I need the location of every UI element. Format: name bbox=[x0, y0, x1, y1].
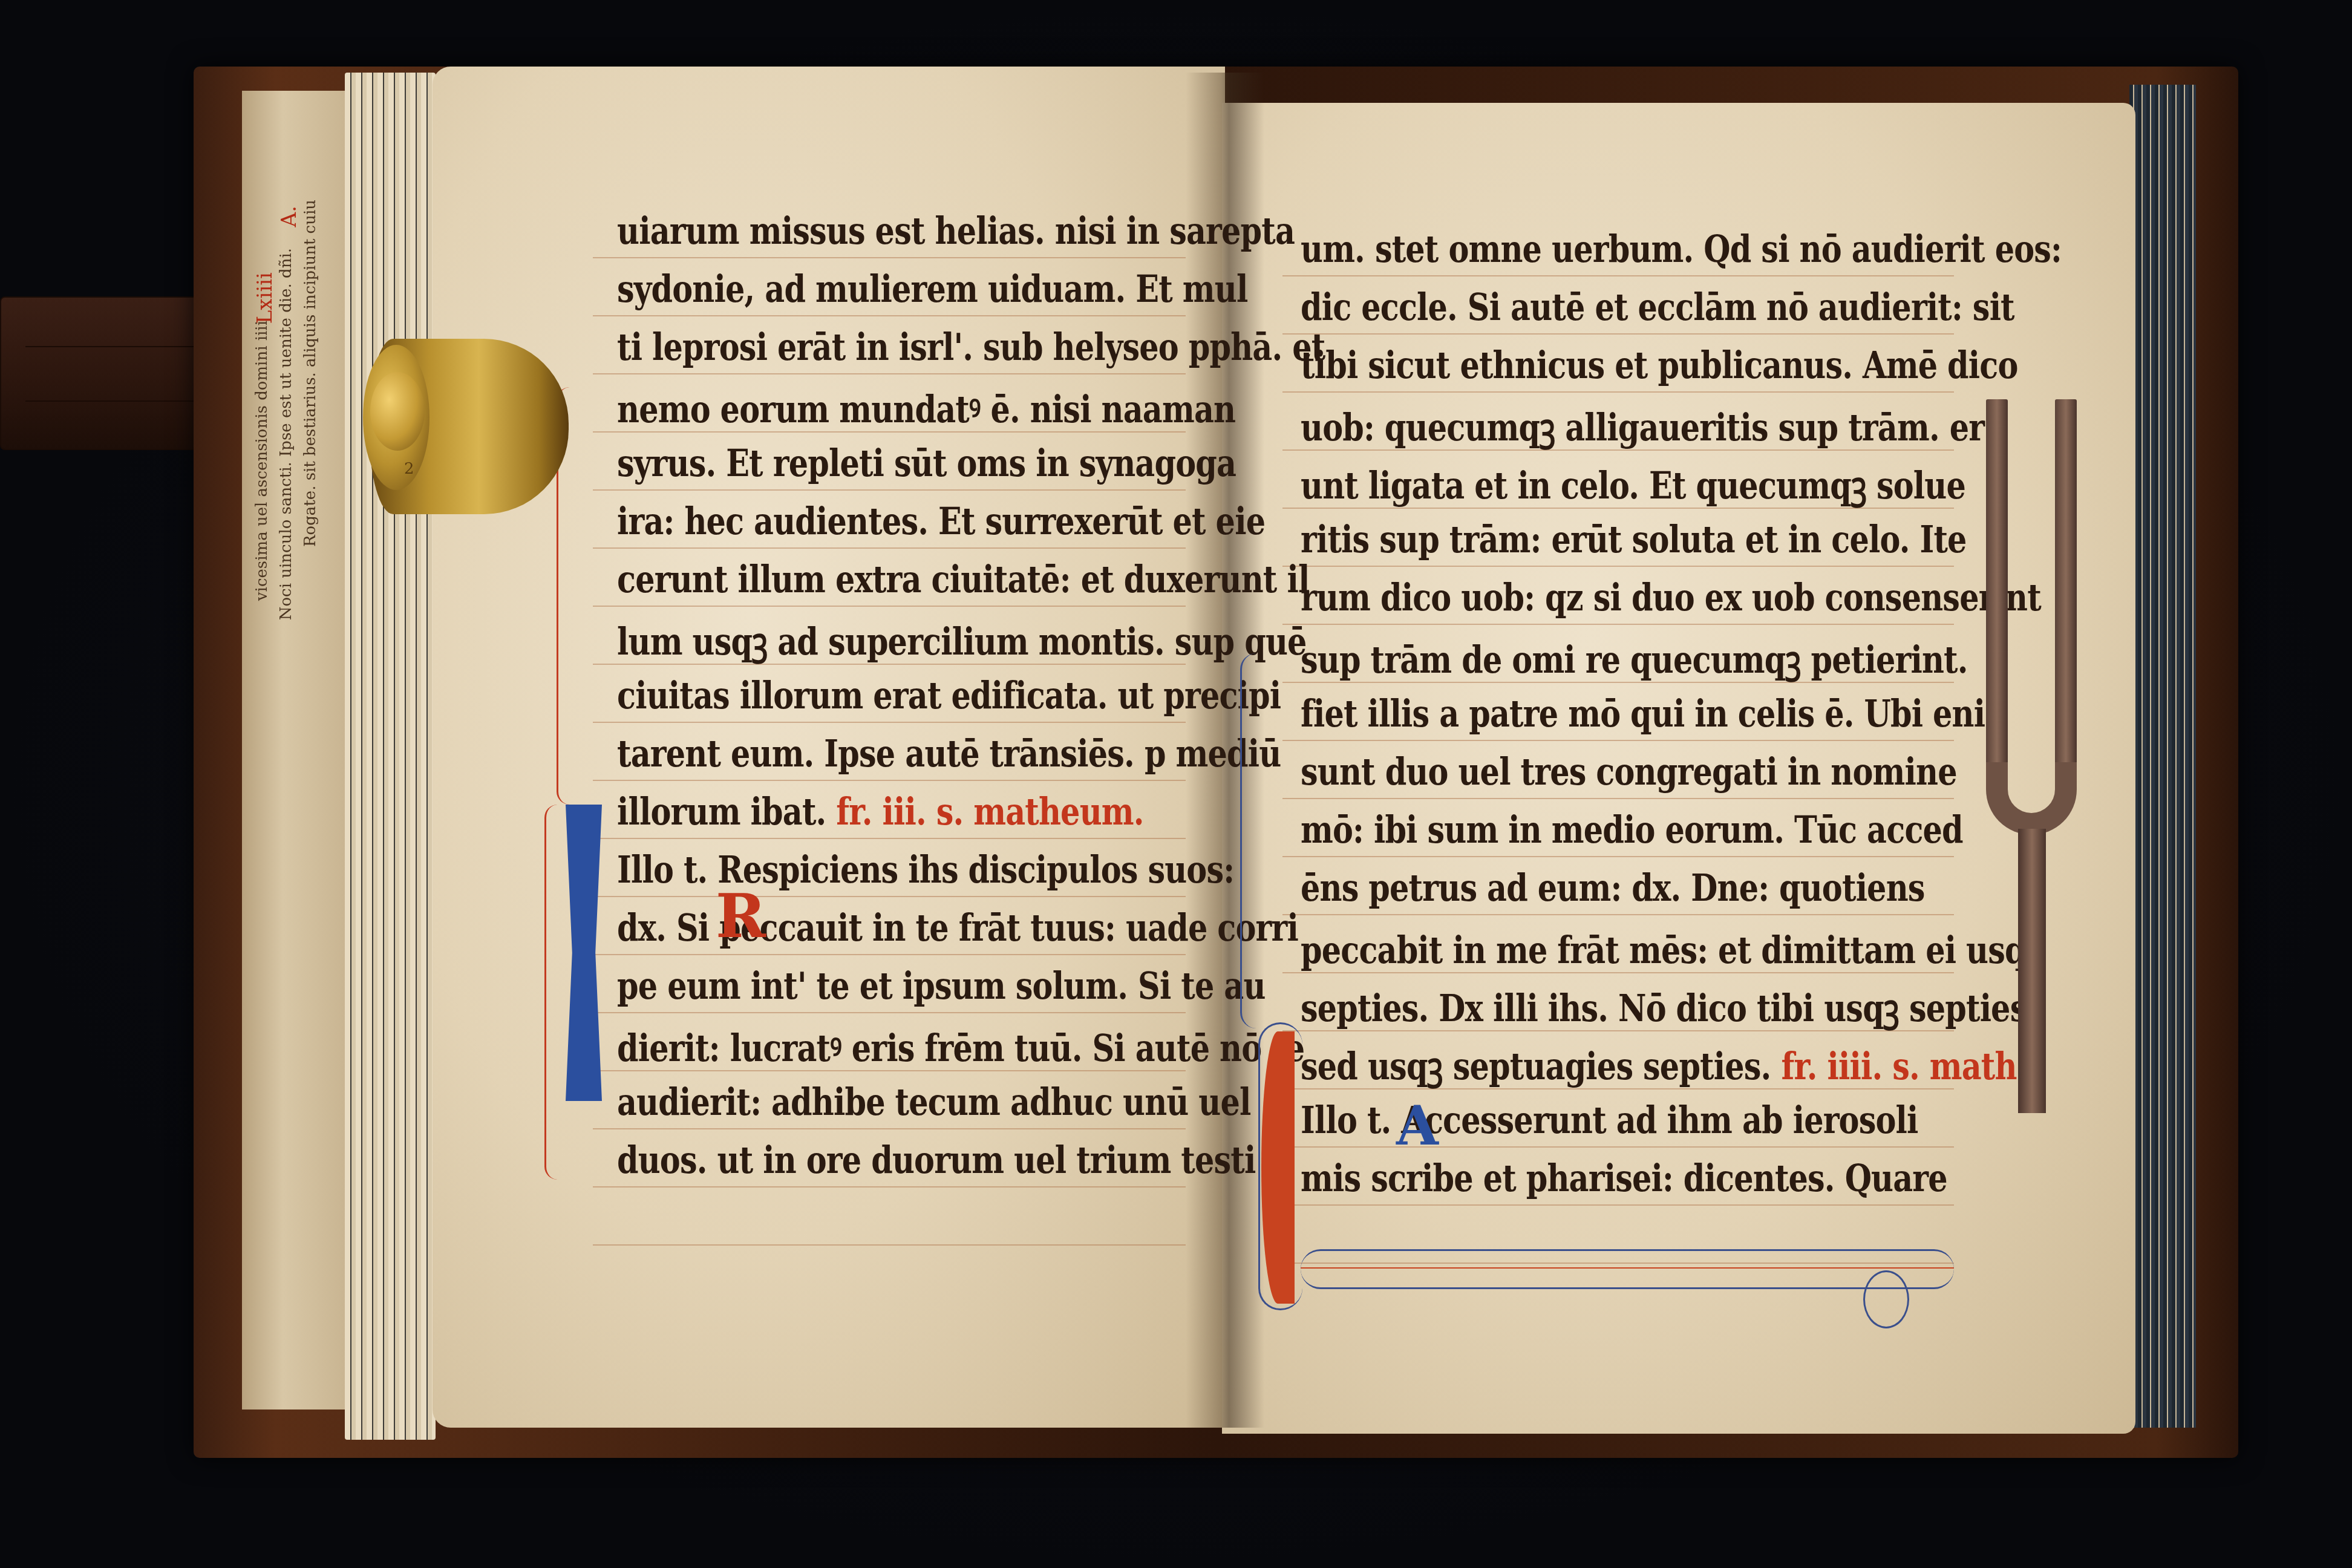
ruling-line bbox=[593, 1244, 1186, 1246]
text-line: Illo t. Accesserunt ad ihm ab ierosoli bbox=[1301, 1098, 1918, 1142]
text-line: septies. Dx illi ihs. Nō dico tibi usqꝫ … bbox=[1301, 982, 2037, 1033]
text-line: cerunt illum extra ciuitatē: et duxerunt… bbox=[617, 557, 1309, 601]
ruling-line bbox=[1282, 1204, 1954, 1206]
text-line: duos. ut in ore duorum uel trium testi bbox=[617, 1138, 1255, 1182]
text-line: syrus. Et repleti sūt oms in synagoga bbox=[617, 441, 1236, 485]
ruling-line bbox=[593, 315, 1186, 316]
ruling-line bbox=[593, 896, 1186, 897]
text-line: illorum ibat. fr. iii. s. matheum. bbox=[617, 789, 1144, 834]
brass-weight-knob bbox=[370, 372, 425, 451]
ruling-line bbox=[1282, 391, 1954, 393]
ruling-line bbox=[593, 373, 1186, 374]
ruling-line bbox=[1282, 856, 1954, 857]
ruling-line bbox=[593, 489, 1186, 491]
blue-bottom-flourish bbox=[1301, 1249, 1954, 1289]
ruling-line bbox=[593, 547, 1186, 549]
text-line: audierit: adhibe tecum adhuc unū uel bbox=[617, 1080, 1251, 1124]
blue-initial-A: A bbox=[1396, 1094, 1439, 1158]
ruling-line bbox=[593, 780, 1186, 781]
leather-clasp-strap bbox=[0, 296, 208, 450]
pastedown-red-mark: A. bbox=[277, 206, 301, 227]
text-segment: sed usqꝫ septuagies septies. bbox=[1301, 1044, 1771, 1088]
rubric: fr. iii. s. matheum. bbox=[836, 789, 1143, 834]
pastedown-line: Noci uinculo sancti. Ipse est ut uenite … bbox=[277, 248, 295, 620]
text-line: mō: ibi sum in medio eorum. Tūc acced bbox=[1301, 808, 1963, 852]
text-line: sed usqꝫ septuagies septies. fr. iiii. s… bbox=[1301, 1040, 2027, 1091]
text-line: fiet illis a patre mō qui in celis ē. Ub… bbox=[1301, 691, 1985, 736]
right-page-stack-edge bbox=[2129, 85, 2196, 1428]
pastedown-line: vicesima uel ascensionis domini iiii bbox=[253, 321, 271, 601]
text-line: dic eccle. Si autē et ecclām nō audierit… bbox=[1301, 285, 2014, 329]
ruling-line bbox=[593, 954, 1186, 955]
rubric: fr. iiii. s. math. bbox=[1781, 1044, 2027, 1088]
red-initial-R: R bbox=[716, 880, 766, 952]
text-line: um. stet omne uerbum. Qd si nō audierit … bbox=[1301, 227, 2062, 271]
left-page-stack-edge bbox=[345, 73, 436, 1440]
text-line: Illo t. Respiciens ihs discipulos suos: bbox=[617, 848, 1234, 892]
text-line: pe eum int' te et ipsum solum. Si te au bbox=[617, 964, 1266, 1008]
text-line: sunt duo uel tres congregati in nomine bbox=[1301, 750, 1957, 794]
binding-pastedown-fragment: vicesima uel ascensionis domini iiii Noc… bbox=[242, 91, 345, 1410]
clasp-tooling-line bbox=[25, 400, 207, 402]
ruling-line bbox=[1282, 740, 1954, 741]
ruling-line bbox=[1282, 275, 1954, 276]
ruling-line bbox=[1282, 624, 1954, 625]
tuning-fork[interactable] bbox=[2018, 829, 2046, 1113]
ruling-line bbox=[1282, 914, 1954, 915]
ruling-line bbox=[593, 1186, 1186, 1187]
ruling-line bbox=[593, 1012, 1186, 1013]
ruling-line bbox=[1282, 1146, 1954, 1148]
text-line: sydonie, ad mulierem uiduam. Et mul bbox=[617, 267, 1247, 311]
ruling-line bbox=[593, 722, 1186, 723]
ruling-line bbox=[1282, 333, 1954, 335]
text-line: dierit: lucratꝰ eris frēm tuū. Si autē n… bbox=[617, 1022, 1304, 1073]
text-line: tibi sicut ethnicus et publicanus. Amē d… bbox=[1301, 343, 2018, 387]
blue-penwork-flourish bbox=[1240, 653, 1272, 1028]
text-line: lum usqꝫ ad supercilium montis. sup quē bbox=[617, 615, 1307, 666]
red-penwork-flourish bbox=[544, 805, 570, 1180]
text-segment: illorum ibat. bbox=[617, 789, 826, 834]
text-line: uob: quecumqꝫ alligaueritis sup trām. er bbox=[1301, 401, 1984, 452]
blue-penwork-flourish bbox=[1258, 1022, 1302, 1310]
pastedown-red-mark: Lxiiii bbox=[253, 272, 277, 324]
ruling-line bbox=[593, 606, 1186, 607]
text-line: peccabit in me frāt mēs: et dimittam ei … bbox=[1301, 924, 2041, 975]
text-line: ira: hec audientes. Et surrexerūt et eie bbox=[617, 499, 1265, 543]
ruling-line bbox=[1282, 566, 1954, 567]
ruling-line bbox=[593, 257, 1186, 258]
text-line: tarent eum. Ipse autē trānsiēs. p mediū bbox=[617, 731, 1281, 776]
clasp-tooling-line bbox=[25, 346, 207, 347]
pastedown-line: Rogate. sit bestiarius. aliquis incipiun… bbox=[301, 200, 319, 547]
weight-mark: 2 bbox=[404, 460, 414, 478]
text-line: ciuitas illorum erat edificata. ut preci… bbox=[617, 673, 1281, 717]
tuning-fork-tine bbox=[1986, 399, 2008, 774]
ruling-line bbox=[1282, 798, 1954, 799]
ruling-line bbox=[593, 838, 1186, 839]
text-line: rum dico uob: qz si duo ex uob consenser… bbox=[1301, 575, 2041, 619]
text-line: nemo eorum mundatꝰ ē. nisi naaman bbox=[617, 383, 1235, 434]
text-line: ēns petrus ad eum: dx. Dne: quotiens bbox=[1301, 866, 1925, 910]
text-line: sup trām de omi re quecumqꝫ petierint. bbox=[1301, 633, 1968, 684]
ruling-line bbox=[593, 1128, 1186, 1129]
tuning-fork-tine bbox=[2055, 399, 2077, 774]
text-line: uiarum missus est helias. nisi in sarept… bbox=[617, 209, 1295, 253]
text-line: unt ligata et in celo. Et quecumqꝫ solue bbox=[1301, 459, 1965, 510]
text-line: ti leprosi erāt in isrl'. sub helyseo pp… bbox=[617, 325, 1325, 369]
text-line: ritis sup trām: erūt soluta et in celo. … bbox=[1301, 517, 1967, 561]
blue-spiral-flourish bbox=[1863, 1270, 1909, 1328]
text-line: mis scribe et pharisei: dicentes. Quare bbox=[1301, 1156, 1947, 1200]
